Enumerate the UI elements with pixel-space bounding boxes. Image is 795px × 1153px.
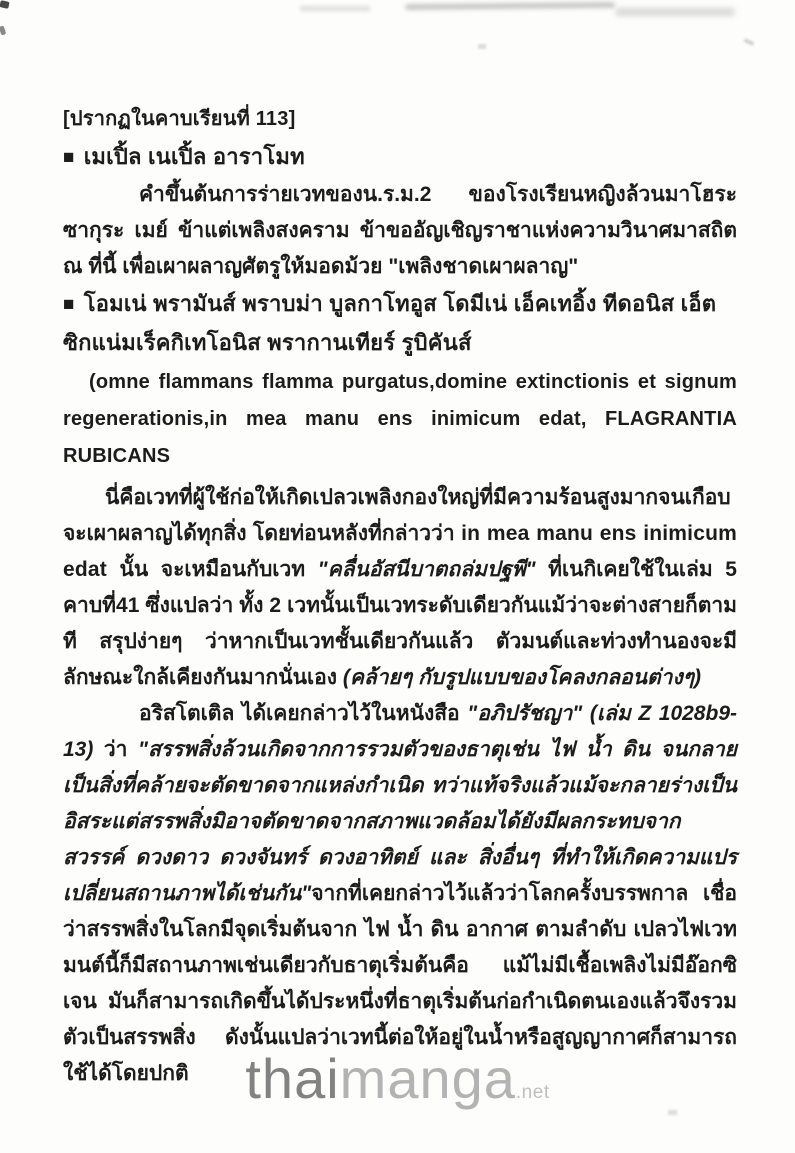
scan-artifact-smudge [300, 6, 370, 11]
aristotle-quote-segment: "สรรพสิ่งล้วนเกิดจากการรวมตัวของธาตุเช่น… [63, 738, 737, 905]
spell-name-heading-thai-label: เมเปิ้ล เนเปิ้ล อาราโมท [84, 144, 305, 169]
lesson-reference-note: [ปรากฏในคาบเรียนที่ 113] [63, 104, 737, 134]
scan-artifact-smudge [615, 8, 735, 16]
spell-description-paragraph: คำขึ้นต้นการร่ายเวทของน.ร.ม.2 ของโรงเรีย… [63, 177, 737, 285]
incantation-heading-thai: ■โอมเน่ พรามันส์ พราบม่า บูลกาโทอูส โดมี… [63, 285, 737, 361]
watermark-manga-text: manga [340, 1047, 516, 1110]
scan-artifact-corner [0, 25, 6, 35]
scan-artifact-corner [0, 0, 10, 9]
explanation-aside-segment: (คล้ายๆ กับรูปแบบของโคลงกลอนต่างๆ) [343, 666, 701, 689]
square-bullet-icon: ■ [63, 139, 75, 176]
scanned-page: [ปรากฏในคาบเรียนที่ 113] ■เมเปิ้ล เนเปิ้… [0, 0, 795, 1153]
page-text-column: [ปรากฏในคาบเรียนที่ 113] ■เมเปิ้ล เนเปิ้… [63, 104, 737, 1092]
explanation-segment: นั้น จะเหมือนกับเวท [107, 558, 318, 581]
watermark-thai-text: thai [245, 1047, 339, 1110]
watermark-net-text: .net [516, 1082, 550, 1103]
incantation-heading-thai-label: โอมเน่ พรามันส์ พราบม่า บูลกาโทอูส โดมีเ… [63, 291, 716, 355]
aristotle-paragraph: อริสโตเติล ได้เคยกล่าวไว้ในหนังสือ "อภิป… [63, 696, 737, 1092]
scan-artifact-smudge [405, 2, 615, 10]
watermark: thaimanga.net [0, 1046, 795, 1111]
scan-artifact-speck [478, 44, 486, 49]
square-bullet-icon: ■ [63, 286, 75, 323]
aristotle-segment: อริสโตเติล ได้เคยกล่าวไว้ในหนังสือ [139, 702, 467, 725]
explanation-spell-title-segment: "คลื่นอัสนีบาตถล่มปฐพี" [318, 558, 536, 581]
aristotle-segment: ว่า [93, 738, 138, 761]
scan-artifact-speck [744, 38, 755, 46]
explanation-paragraph: นี่คือเวทที่ผู้ใช้ก่อให้เกิดเปลวเพลิงกอง… [63, 480, 737, 696]
spell-name-heading-thai: ■เมเปิ้ล เนเปิ้ล อาราโมท [63, 138, 737, 177]
latin-incantation-paragraph: (omne flammans flamma purgatus,domine ex… [63, 364, 737, 475]
